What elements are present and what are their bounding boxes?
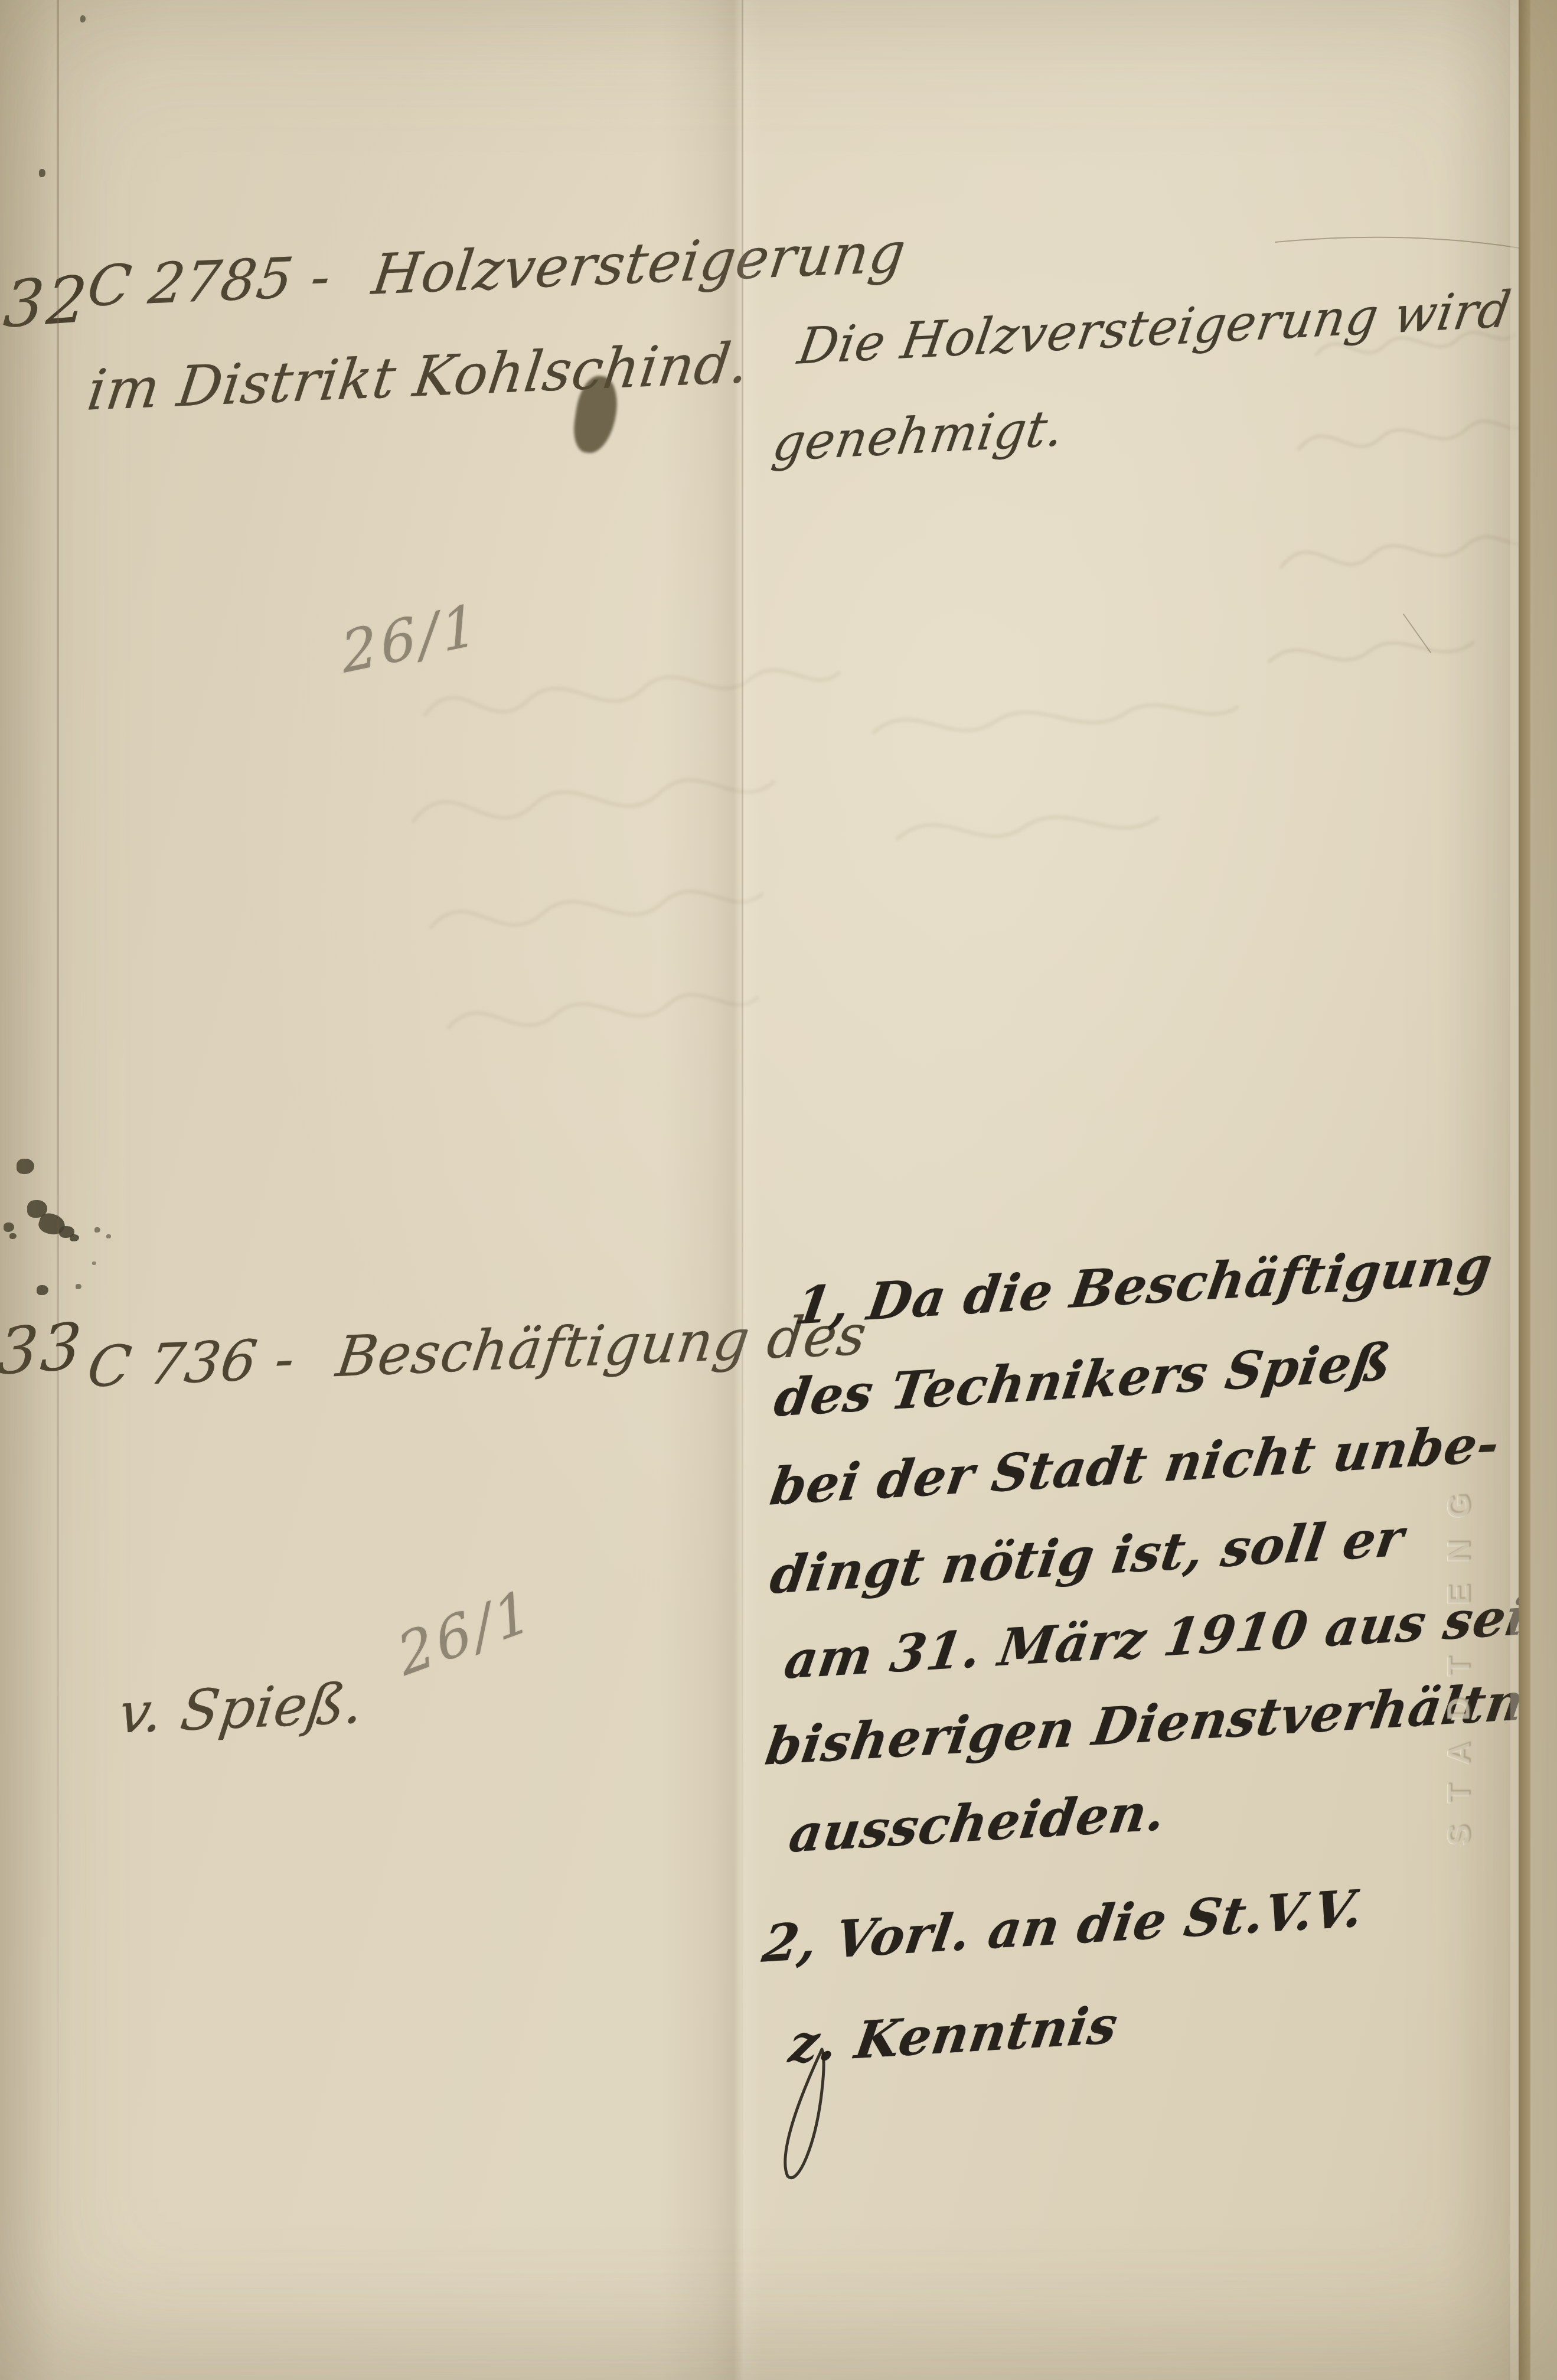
pencil-note: 26/1 [338,591,484,686]
decision-line: Die Holzversteigerung wird [794,280,1515,376]
page-edge-highlight [1510,0,1519,2380]
decision-line: 2, Vorl. an die St.V.V. [759,1879,1367,1974]
entry-subject-line: im Distrikt Kohlschind. [84,331,753,423]
decision-line: bisherigen Dienstverhältnis [762,1669,1557,1777]
underlying-page-edge [1530,0,1557,2380]
left-fold-crease [57,0,59,2380]
center-fold-shading [661,0,762,2380]
entry-subject-line: C 2785 -Holzversteigerung [84,220,910,319]
gutter-shading [0,0,57,2380]
decision-line: z. Kenntnis [785,1995,1122,2075]
ledger-scan-page: 32 C 2785 -Holzversteigerung im Distrikt… [0,0,1557,2380]
file-reference: C 736 - [84,1327,299,1400]
decision-line: 1, Da die Beschäftigung [791,1235,1497,1336]
page-edge-line [1519,0,1530,2380]
entry-subject-line: v. Spieß. [115,1671,368,1746]
decision-line: ausscheiden. [785,1782,1170,1864]
page-edge-shadow [1441,0,1519,2380]
center-fold-crease [742,0,743,2380]
subject-text: Holzversteigerung [368,220,909,308]
decision-line: genehmigt. [769,399,1068,472]
pencil-note: 26/1 [391,1576,540,1689]
decision-line: bei der Stadt nicht unbe- [766,1414,1504,1517]
file-reference: C 2785 - [84,244,335,319]
decision-line: dingt nötig ist, soll er [766,1508,1408,1606]
